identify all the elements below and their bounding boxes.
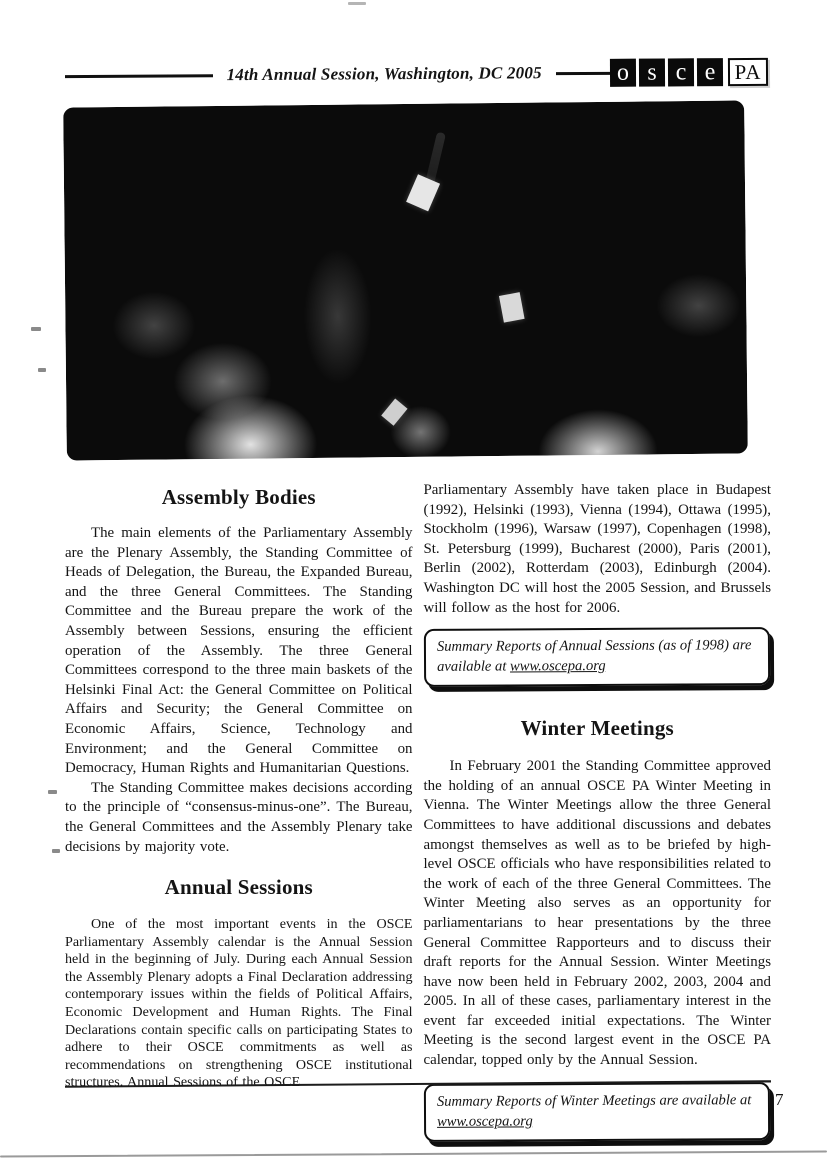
osce-pa-logo: o s c e PA	[610, 58, 768, 87]
left-column: Assembly Bodies The main elements of the…	[65, 481, 413, 1141]
page-number: 7	[775, 1090, 784, 1110]
logo-pa-badge: PA	[728, 58, 768, 86]
heading-annual-sessions: Annual Sessions	[65, 875, 413, 900]
logo-letter-s: s	[639, 58, 665, 86]
photo-ballot-card-2	[499, 292, 525, 322]
photo-ballot-card-3	[381, 398, 407, 425]
annual-sessions-continuation-paragraph: Parliamentary Assembly have taken place …	[424, 481, 772, 618]
annual-sessions-paragraph: One of the most important events in the …	[65, 916, 413, 1092]
page-header: 14th Annual Session, Washington, DC 2005…	[65, 54, 768, 94]
header-rule-left	[65, 74, 213, 78]
page-title: 14th Annual Session, Washington, DC 2005	[226, 63, 541, 85]
oscepa-link-annual[interactable]: www.oscepa.org	[509, 658, 605, 675]
scan-dash-left-3	[48, 790, 57, 794]
body-columns: Assembly Bodies The main elements of the…	[65, 481, 771, 1141]
header-rule-right	[556, 71, 610, 74]
logo-letter-c: c	[668, 58, 694, 86]
scan-page-edge-line	[0, 1150, 827, 1157]
logo-letter-e: e	[697, 58, 723, 86]
scan-dash-left-4	[52, 849, 60, 853]
summary-note-winter-text: Summary Reports of Winter Meetings are a…	[436, 1092, 750, 1110]
heading-assembly-bodies: Assembly Bodies	[65, 485, 413, 510]
plenary-voting-photo	[63, 100, 748, 460]
summary-note-annual-sessions: Summary Reports of Annual Sessions (as o…	[423, 627, 769, 687]
heading-winter-meetings: Winter Meetings	[424, 716, 772, 741]
photo-ballot-card-1	[406, 174, 440, 211]
scan-dash-left-1	[31, 327, 41, 331]
assembly-bodies-paragraph-2: The Standing Committee makes decisions a…	[65, 779, 413, 857]
winter-meetings-paragraph: In February 2001 the Standing Committee …	[424, 757, 772, 1071]
assembly-bodies-paragraph-1: The main elements of the Parliamentary A…	[65, 524, 413, 779]
summary-note-winter-meetings: Summary Reports of Winter Meetings are a…	[423, 1082, 769, 1142]
scan-smudge-top	[348, 2, 366, 5]
scan-dash-left-2	[38, 368, 46, 372]
logo-letter-o: o	[610, 59, 636, 87]
oscepa-link-winter[interactable]: www.oscepa.org	[437, 1113, 533, 1130]
right-column: Parliamentary Assembly have taken place …	[424, 481, 772, 1141]
